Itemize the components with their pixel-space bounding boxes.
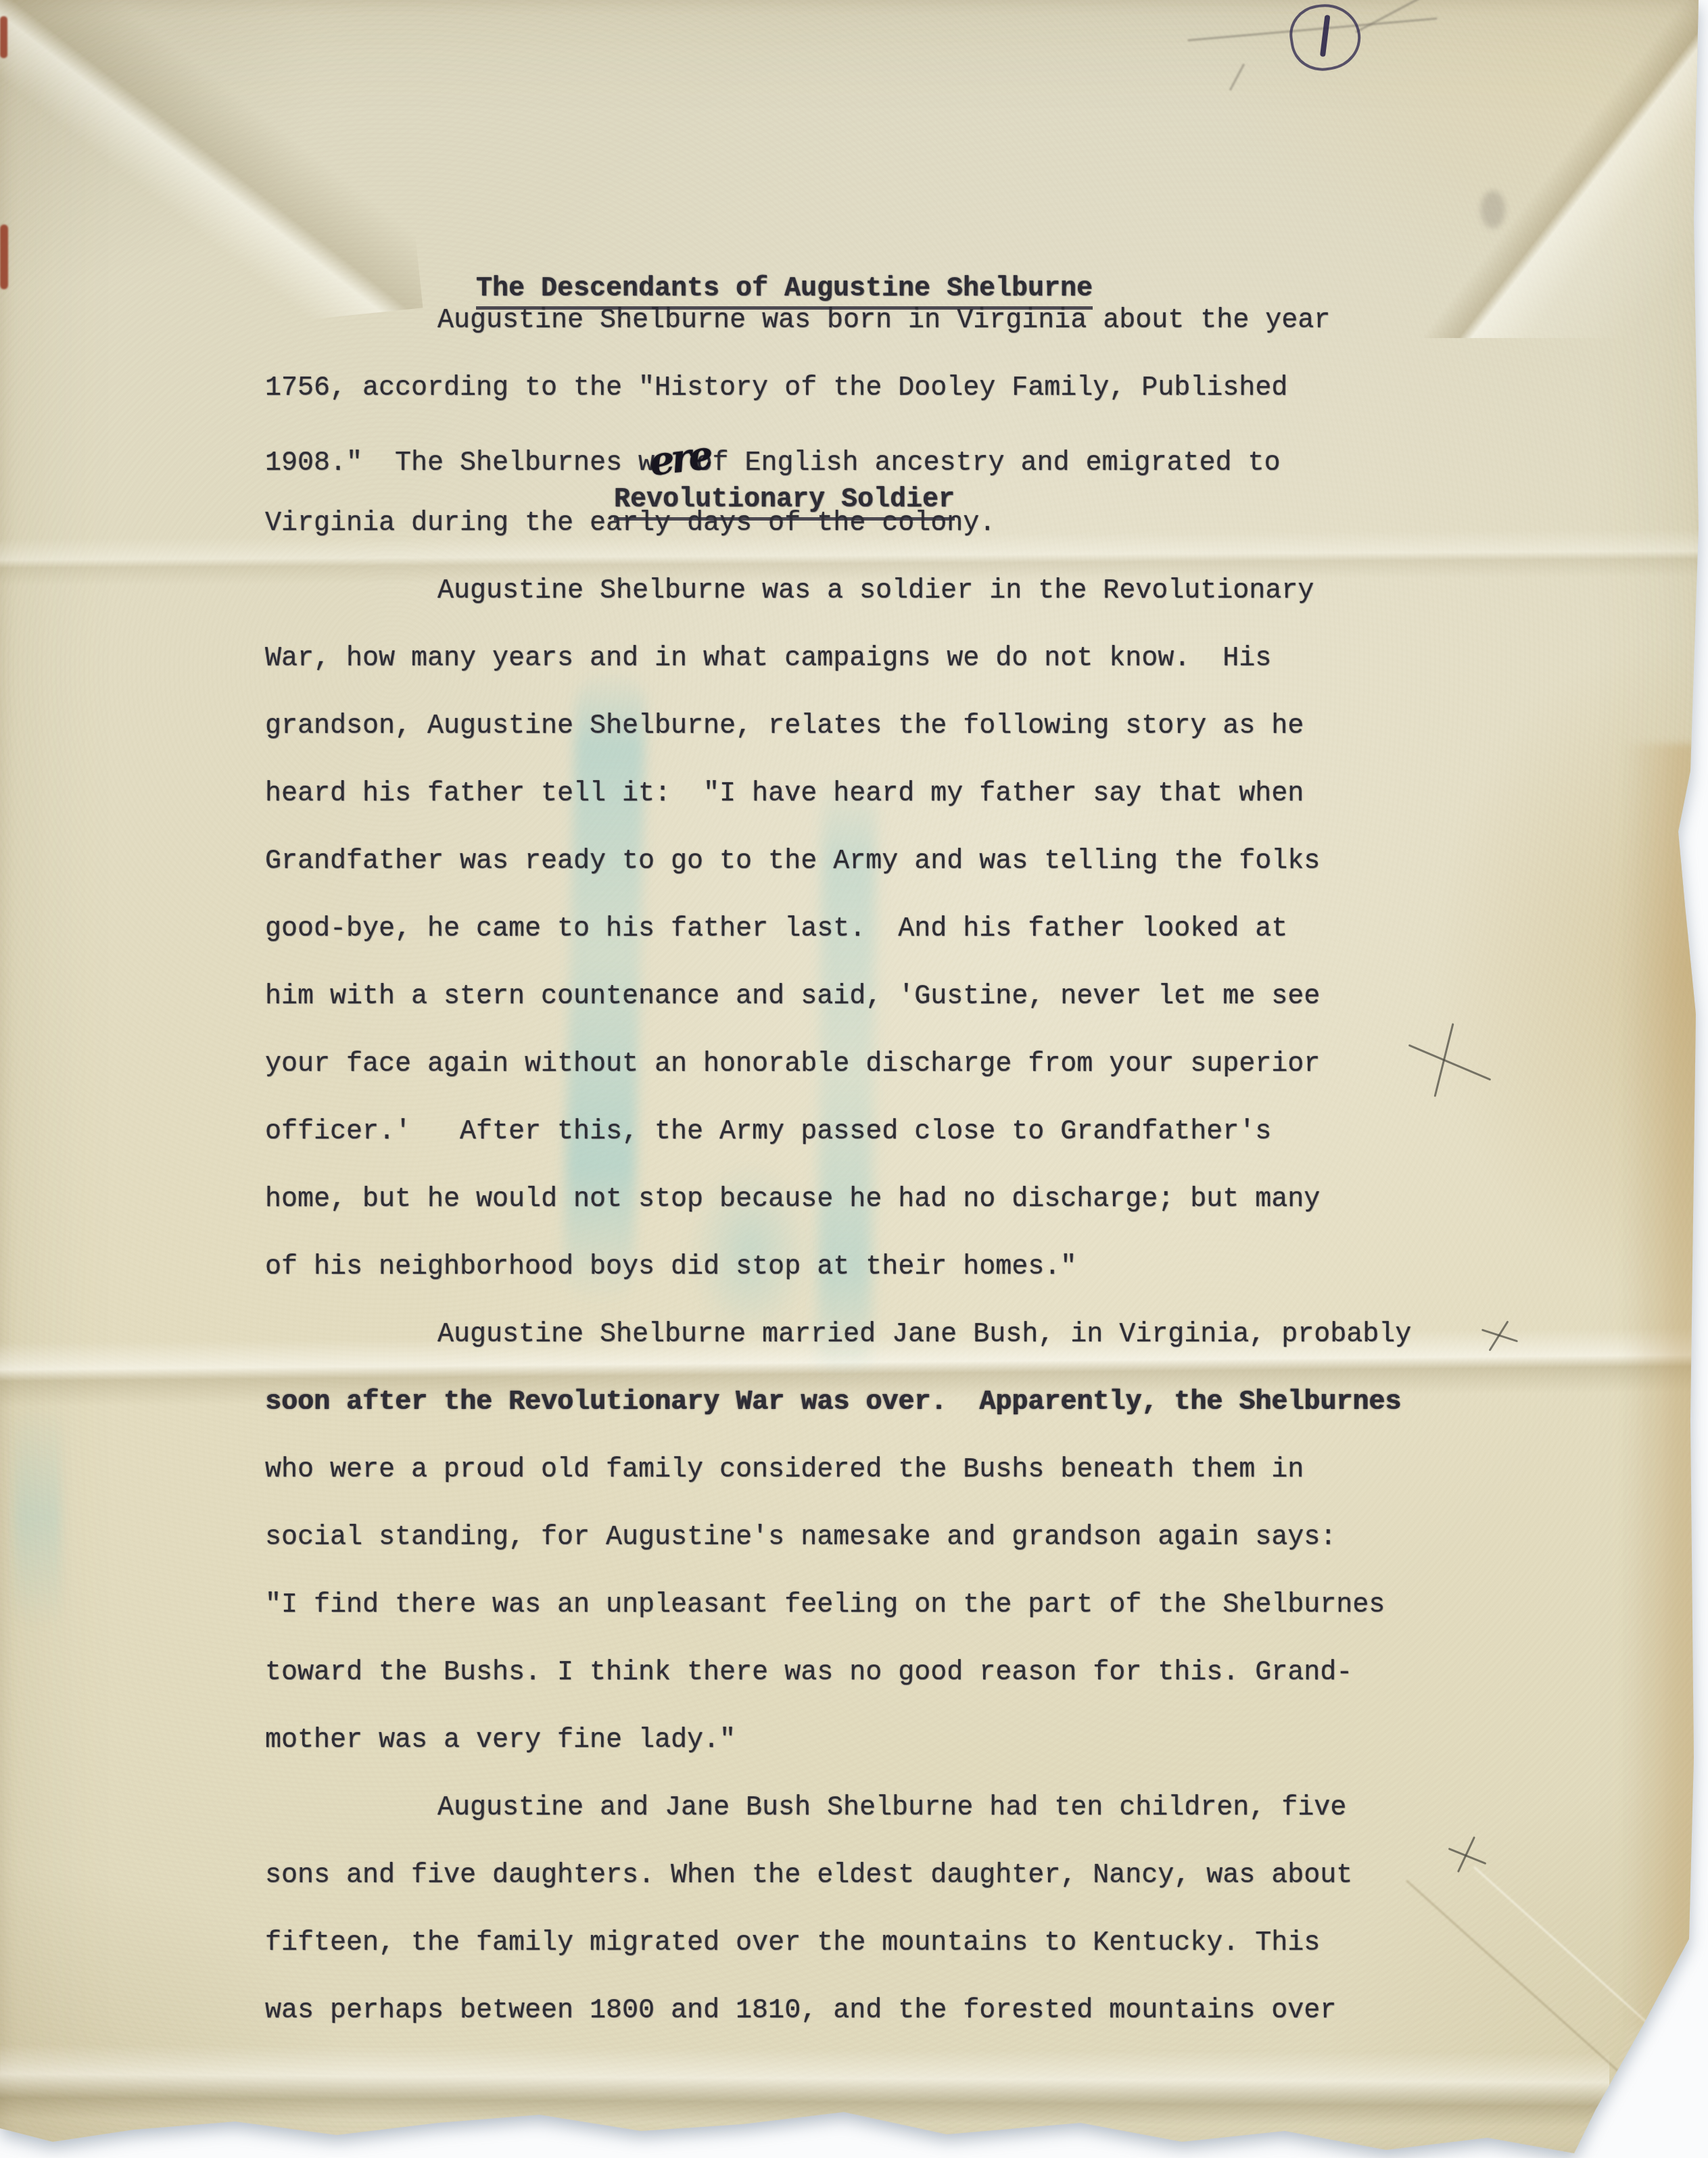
pencil-smudge xyxy=(1481,191,1505,229)
handwritten-page-number xyxy=(1285,0,1365,76)
typed-line: mother was a very fine lady." xyxy=(265,1707,1469,1775)
paper-shadow-wrap: The Descendants of Augustine Shelburne R… xyxy=(0,0,1708,2158)
handwritten-correction: ere xyxy=(646,421,714,496)
typed-line: fifteen, the family migrated over the mo… xyxy=(265,1910,1469,1977)
crease-bottom-right-highlight xyxy=(1473,1866,1656,2030)
typed-line: Virginia during the early days of the co… xyxy=(265,490,1469,558)
typed-line: your face again without an honorable dis… xyxy=(265,1031,1469,1099)
left-edge-speck xyxy=(0,224,8,289)
pencil-scribble xyxy=(1355,0,1427,33)
typed-line: sons and five daughters. When the eldest… xyxy=(265,1842,1469,1910)
typed-line: 1756, according to the "History of the D… xyxy=(265,355,1469,423)
typed-line: soon after the Revolutionary War was ove… xyxy=(265,1369,1469,1437)
typed-line: Grandfather was ready to go to the Army … xyxy=(265,828,1469,896)
typed-line: was perhaps between 1800 and 1810, and t… xyxy=(265,1977,1469,2045)
page-number-digit xyxy=(1320,15,1330,57)
margin-cross-mark xyxy=(1479,1316,1520,1356)
typed-line: social standing, for Augustine's namesak… xyxy=(265,1504,1469,1572)
left-edge-speck xyxy=(0,16,7,58)
typed-line: War, how many years and in what campaign… xyxy=(265,625,1469,693)
typed-line: "I find there was an unpleasant feeling … xyxy=(265,1572,1469,1639)
typed-line: Augustine Shelburne was a soldier in the… xyxy=(265,558,1469,625)
typed-line: of his neighborhood boys did stop at the… xyxy=(265,1234,1469,1301)
fold-crease-bottom xyxy=(0,2044,1609,2127)
typed-line: grandson, Augustine Shelburne, relates t… xyxy=(265,693,1469,761)
typed-line: good-bye, he came to his father last. An… xyxy=(265,896,1469,963)
typed-line: who were a proud old family considered t… xyxy=(265,1437,1469,1504)
right-edge-browning xyxy=(1623,744,1701,2028)
typed-line: Augustine Shelburne married Jane Bush, i… xyxy=(265,1301,1469,1369)
typed-line: 1908." The Shelburnes wereof English anc… xyxy=(265,423,1469,490)
typed-line: toward the Bushs. I think there was no g… xyxy=(265,1639,1469,1707)
pencil-scribble xyxy=(1229,64,1245,91)
typed-line: heard his father tell it: "I have heard … xyxy=(265,761,1469,828)
typed-line: officer.' After this, the Army passed cl… xyxy=(265,1099,1469,1166)
paper-sheet: The Descendants of Augustine Shelburne R… xyxy=(0,0,1708,2158)
typed-body: Augustine Shelburne was born in Virginia… xyxy=(265,287,1469,2045)
typed-line: him with a stern countenance and said, '… xyxy=(265,963,1469,1031)
typed-line: Augustine and Jane Bush Shelburne had te… xyxy=(265,1775,1469,1842)
typed-line: home, but he would not stop because he h… xyxy=(265,1166,1469,1234)
typed-line: Augustine Shelburne was born in Virginia… xyxy=(265,287,1469,355)
blue-ink-stain xyxy=(14,1406,61,1629)
scan-background: { "document": { "page_number": "1", "tit… xyxy=(0,0,1708,2158)
